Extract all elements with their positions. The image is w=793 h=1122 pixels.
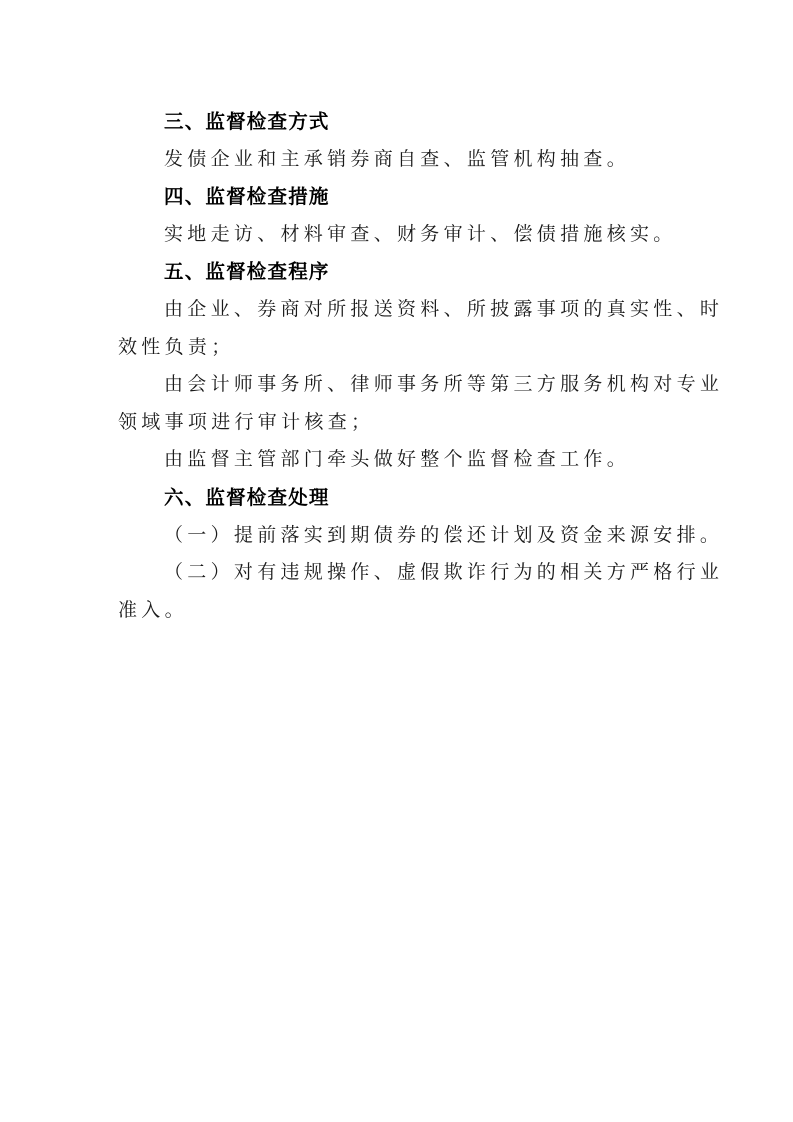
section-heading: 四、监督检查措施 — [118, 178, 676, 216]
paragraph-line: 由企业、券商对所报送资料、所披露事项的真实性、时 — [118, 291, 676, 329]
paragraph-line: 由会计师事务所、律师事务所等第三方服务机构对专业 — [118, 366, 676, 404]
paragraph-line: 发债企业和主承销券商自查、监管机构抽查。 — [118, 141, 676, 179]
document-page: 三、监督检查方式 发债企业和主承销券商自查、监管机构抽查。 四、监督检查措施 实… — [118, 103, 676, 629]
section-heading: 六、监督检查处理 — [118, 479, 676, 517]
paragraph-line: 实地走访、材料审查、财务审计、偿债措施核实。 — [118, 216, 676, 254]
paragraph-line: （一）提前落实到期债券的偿还计划及资金来源安排。 — [118, 517, 676, 555]
paragraph-line: （二）对有违规操作、虚假欺诈行为的相关方严格行业 — [118, 554, 676, 592]
paragraph-line: 由监督主管部门牵头做好整个监督检查工作。 — [118, 441, 676, 479]
paragraph-line: 领域事项进行审计核查； — [118, 404, 676, 442]
section-heading: 三、监督检查方式 — [118, 103, 676, 141]
paragraph-line: 效性负责； — [118, 329, 676, 367]
section-heading: 五、监督检查程序 — [118, 253, 676, 291]
paragraph-line: 准入。 — [118, 592, 676, 630]
